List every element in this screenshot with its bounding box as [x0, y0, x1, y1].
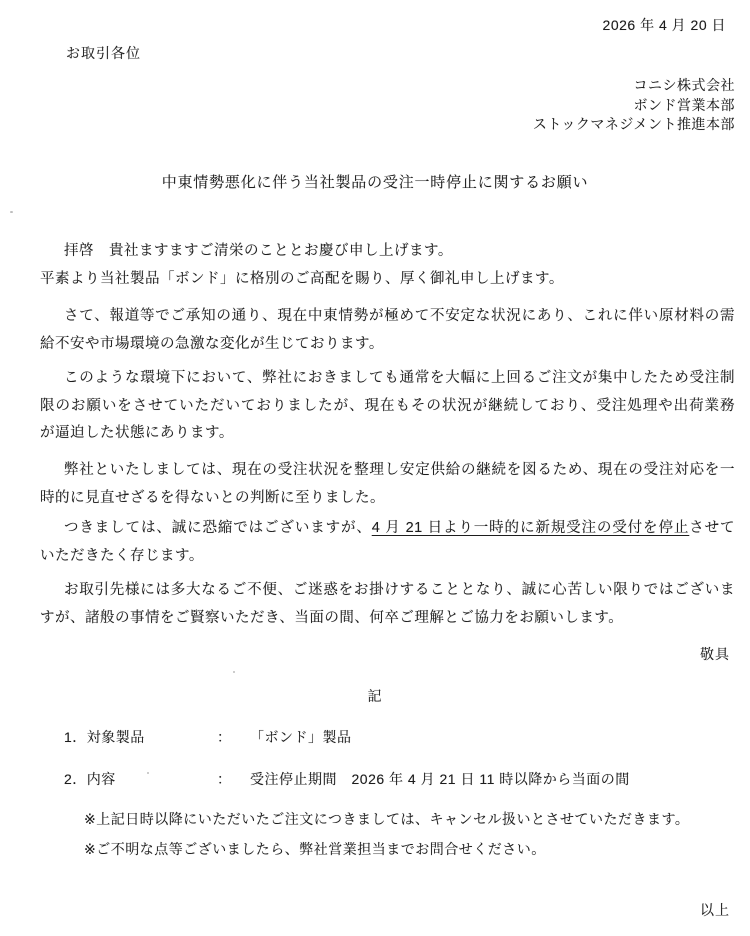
- text-line: このような環境下において、弊社におきましても通常を大幅に上回るご注文が集中したた…: [40, 365, 735, 393]
- text-line: 時的に見直せざるを得ないとの判断に至りました。: [40, 485, 735, 513]
- scan-speck: [147, 772, 149, 774]
- paragraph-greeting: 拝啓 貴社ますますご清栄のこととお慶び申し上げます。 平素より当社製品「ボンド」…: [40, 238, 735, 293]
- paragraph-order-surge: このような環境下において、弊社におきましても通常を大幅に上回るご注文が集中したた…: [40, 365, 735, 448]
- record-marker-ki: 記: [0, 686, 750, 706]
- paragraph-situation: さて、報道等でご承知の通り、現在中東情勢が極めて不安定な状況にあり、これに伴い原…: [40, 303, 735, 358]
- text-line: 弊社といたしましては、現在の受注状況を整理し安定供給の継続を図るため、現在の受注…: [40, 457, 735, 485]
- text-line: さて、報道等でご承知の通り、現在中東情勢が極めて不安定な状況にあり、これに伴い原…: [40, 303, 735, 331]
- note-cancellation: ※上記日時以降にいただいたご注文につきましては、キャンセル扱いとさせていただきま…: [84, 809, 735, 829]
- paragraph-apology: お取引先様には多大なるご不便、ご迷惑をお掛けすることとなり、誠に心苦しい限りでは…: [40, 577, 735, 632]
- sender-division: ボンド営業本部: [533, 96, 735, 116]
- text-line: 平素より当社製品「ボンド」に格別のご高配を賜り、厚く御礼申し上げます。: [40, 266, 735, 294]
- list-item-details: 2．内容 ： 受注停止期間 2026 年 4 月 21 日 11 時以降から当面…: [64, 769, 735, 789]
- underlined-suspension-text: 4 月 21 日より一時的に新規受注の受付を停止: [372, 520, 689, 536]
- end-marker-ijou: 以上: [700, 900, 730, 920]
- text-line: お取引先様には多大なるご不便、ご迷惑をお掛けすることとなり、誠に心苦しい限りでは…: [40, 577, 735, 605]
- text-line: が逼迫した状態にあります。: [40, 420, 735, 448]
- text-line: いただきたく存じます。: [40, 543, 735, 571]
- paragraph-suspension-notice: つきましては、誠に恐縮ではございますが、4 月 21 日より一時的に新規受注の受…: [40, 515, 735, 570]
- item-colon: ：: [217, 727, 250, 747]
- recipient-line: お取引各位: [66, 43, 141, 63]
- item-value: 「ボンド」製品: [250, 727, 735, 747]
- sender-block: コニシ株式会社 ボンド営業本部 ストックマネジメント推進本部: [533, 76, 735, 135]
- text-line: つきましては、誠に恐縮ではございますが、4 月 21 日より一時的に新規受注の受…: [40, 515, 735, 543]
- scan-speck: [233, 671, 235, 673]
- text-segment: させて: [689, 520, 735, 536]
- text-segment: つきましては、誠に恐縮ではございますが、: [64, 520, 372, 536]
- paragraph-decision: 弊社といたしましては、現在の受注状況を整理し安定供給の継続を図るため、現在の受注…: [40, 457, 735, 512]
- text-line: 限のお願いをさせていただいておりましたが、現在もその状況が継続しており、受注処理…: [40, 393, 735, 421]
- note-contact: ※ご不明な点等ございましたら、弊社営業担当までお問合せください。: [84, 839, 735, 859]
- sender-department: ストックマネジメント推進本部: [533, 115, 735, 135]
- text-line: 拝啓 貴社ますますご清栄のこととお慶び申し上げます。: [40, 238, 735, 266]
- scan-speck: [10, 211, 13, 213]
- item-label: 2．内容: [64, 769, 217, 789]
- text-line: すが、諸般の事情をご賢察いただき、当面の間、何卒ご理解とご協力をお願いします。: [40, 605, 735, 633]
- letter-title: 中東情勢悪化に伴う当社製品の受注一時停止に関するお願い: [0, 171, 750, 192]
- item-value: 受注停止期間 2026 年 4 月 21 日 11 時以降から当面の間: [250, 769, 735, 789]
- letter-date: 2026 年 4 月 20 日: [603, 15, 726, 35]
- letter-page: 2026 年 4 月 20 日 お取引各位 コニシ株式会社 ボンド営業本部 スト…: [0, 0, 750, 936]
- item-label: 1．対象製品: [64, 727, 217, 747]
- list-item-target-product: 1．対象製品 ： 「ボンド」製品: [64, 727, 735, 747]
- text-line: 給不安や市場環境の急激な変化が生じております。: [40, 331, 735, 359]
- closing-keigu: 敬具: [700, 644, 730, 664]
- sender-company: コニシ株式会社: [533, 76, 735, 96]
- item-colon: ：: [217, 769, 250, 789]
